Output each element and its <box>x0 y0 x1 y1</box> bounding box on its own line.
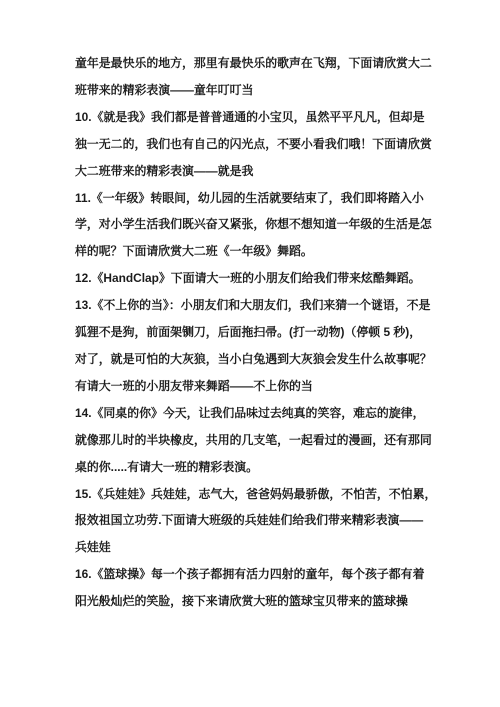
script-paragraph-11-yinianji: 11.《一年级》转眼间，幼儿园的生活就要结束了，我们即将踏入小 学，对小学生活我… <box>75 185 447 266</box>
script-paragraph-13-bushangnidedang: 13.《不上你的当》：小朋友们和大朋友们，我们来猜一个谜语，不是 狐狸不是狗，前… <box>75 292 447 400</box>
script-paragraph-10-jiushiwo: 10.《就是我》我们都是普普通通的小宝贝，虽然平平凡凡，但却是 独一无二的，我们… <box>75 104 447 185</box>
script-paragraph-15-bingwawa: 15.《兵娃娃》兵娃娃，志气大，爸爸妈妈最骄傲，不怕苦，不怕累， 报效祖国立功劳… <box>75 481 447 562</box>
script-paragraph-16-lanqiucao: 16.《篮球操》每一个孩子都拥有活力四射的童年，每个孩子都有着 阳光般灿烂的笑脸… <box>75 561 447 615</box>
script-paragraph-14-tongzhuodeni: 14.《同桌的你》今天，让我们品味过去纯真的笑容，难忘的旋律， 就像那儿时的半块… <box>75 400 447 481</box>
script-paragraph-intro: 童年是最快乐的地方，那里有最快乐的歌声在飞翔，下面请欣赏大二 班带来的精彩表演—… <box>75 50 447 104</box>
script-text-block: 童年是最快乐的地方，那里有最快乐的歌声在飞翔，下面请欣赏大二 班带来的精彩表演—… <box>75 50 447 615</box>
script-paragraph-12-handclap: 12.《HandClap》下面请大一班的小朋友们给我们带来炫酷舞蹈。 <box>75 265 447 292</box>
document-page: 童年是最快乐的地方，那里有最快乐的歌声在飞翔，下面请欣赏大二 班带来的精彩表演—… <box>0 0 500 707</box>
